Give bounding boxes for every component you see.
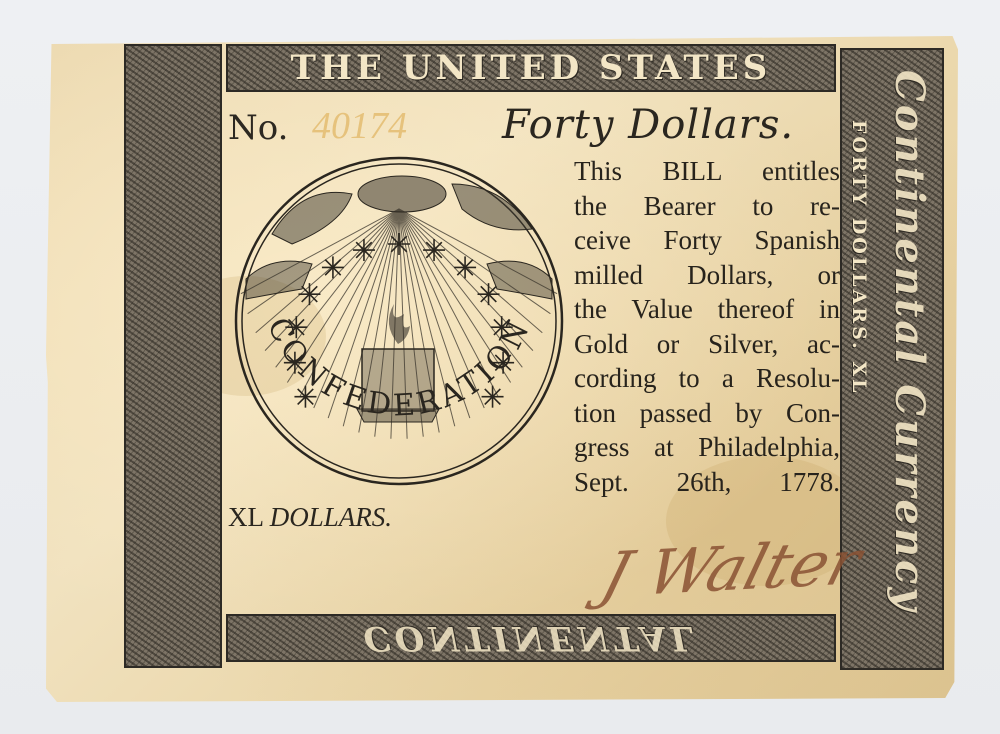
signature: J Walter: [594, 525, 869, 611]
body-line: milled Dollars, or: [574, 258, 840, 293]
star-icon: [478, 283, 500, 305]
right-ornamental-border: FORTY DOLLARS. XL Continental Currency: [840, 48, 944, 670]
bottom-band-text: CONTINENTAL: [228, 618, 834, 658]
denomination-title: Forty Dollars.: [502, 102, 794, 148]
right-cloud-icon: [452, 184, 532, 230]
right-border-script-text: Continental Currency: [886, 70, 933, 614]
eye-in-clouds-icon: [358, 176, 446, 212]
body-line: This BILL entitles: [574, 154, 840, 189]
top-border-band: THE UNITED STATES: [226, 44, 836, 92]
body-line: gress at Philadelphia,: [574, 430, 840, 465]
denomination-word: DOLLARS.: [270, 502, 392, 532]
star-icon: [388, 233, 410, 255]
left-cloud-icon: [272, 192, 352, 244]
body-line: ceive Forty Spanish: [574, 223, 840, 258]
serial-number: 40174: [312, 104, 407, 148]
right-border-denomination-text: FORTY DOLLARS. XL: [848, 120, 870, 395]
body-line: Sept. 26th, 1778.: [574, 465, 840, 500]
body-line: the Value thereof in: [574, 292, 840, 327]
star-icon: [322, 256, 344, 278]
left-ornamental-border: [124, 44, 222, 668]
bottom-border-band: CONTINENTAL: [226, 614, 836, 662]
body-line: tion passed by Con-: [574, 396, 840, 431]
body-line: cording to a Resolu-: [574, 361, 840, 396]
star-icon: [454, 256, 476, 278]
star-icon: [423, 239, 445, 261]
denomination-label: XL DOLLARS.: [228, 502, 392, 533]
confederation-seal: CONFEDERATION: [232, 154, 566, 488]
body-line: the Bearer to re-: [574, 189, 840, 224]
continental-currency-note: THE UNITED STATES CONTINENTAL FORTY DOLL…: [46, 36, 958, 702]
number-label: No.: [228, 108, 288, 148]
star-icon: [298, 283, 320, 305]
star-icon: [353, 239, 375, 261]
denomination-roman: XL: [228, 502, 263, 532]
body-line: Gold or Silver, ac-: [574, 327, 840, 362]
top-band-text: THE UNITED STATES: [228, 48, 834, 88]
bill-body-text: This BILL entitles the Bearer to re- cei…: [574, 154, 840, 499]
